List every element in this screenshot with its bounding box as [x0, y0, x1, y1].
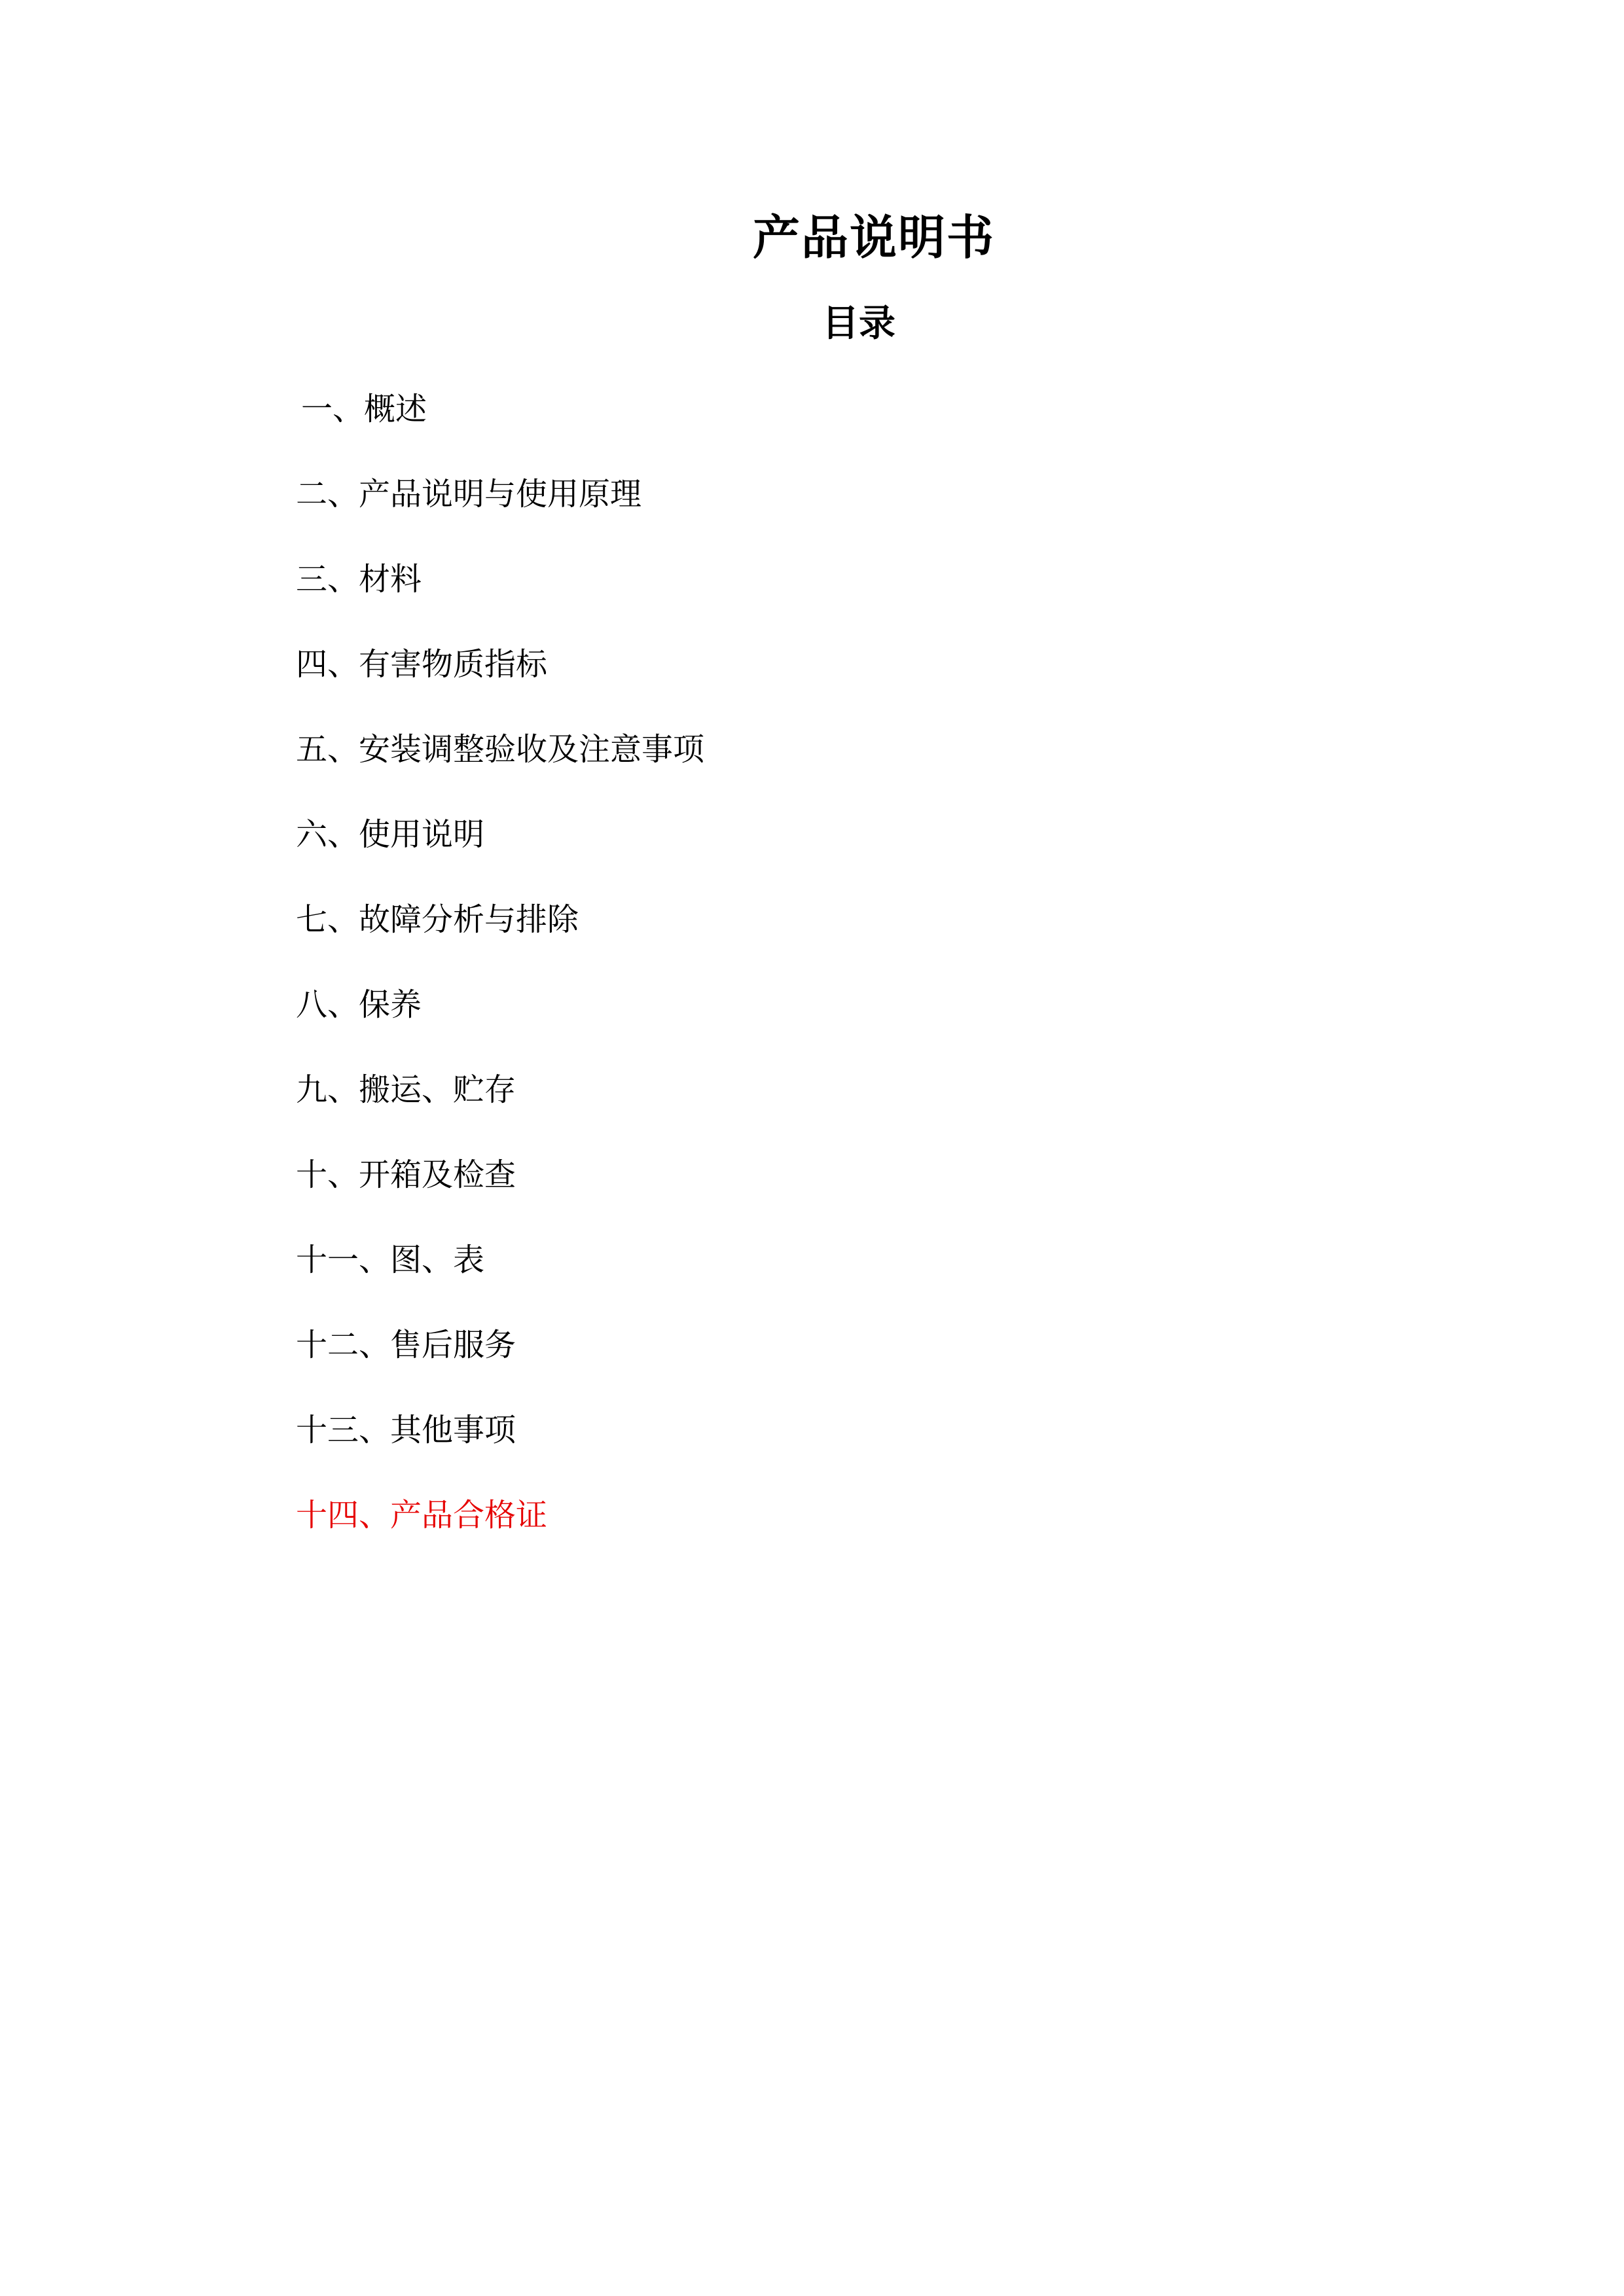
- toc-item-materials[interactable]: 三、材料: [296, 556, 704, 641]
- toc-item-installation-acceptance[interactable]: 五、安装调整验收及注意事项: [296, 726, 704, 812]
- toc-item-other-matters[interactable]: 十三、其他事项: [296, 1407, 704, 1492]
- toc-item-product-description-principle[interactable]: 二、产品说明与使用原理: [296, 471, 704, 556]
- toc-item-hazardous-substances[interactable]: 四、有害物质指标: [296, 641, 704, 726]
- toc-heading: 目录: [822, 301, 895, 347]
- toc-item-troubleshooting[interactable]: 七、故障分析与排除: [296, 897, 704, 982]
- toc-item-figures-tables[interactable]: 十一、图、表: [296, 1237, 704, 1322]
- toc-item-usage-instructions[interactable]: 六、使用说明: [296, 812, 704, 897]
- toc-item-product-certificate[interactable]: 十四、产品合格证: [296, 1492, 704, 1577]
- toc-item-maintenance[interactable]: 八、保养: [296, 982, 704, 1067]
- toc-item-handling-storage[interactable]: 九、搬运、贮存: [296, 1067, 704, 1152]
- table-of-contents: 一、概述 二、产品说明与使用原理 三、材料 四、有害物质指标 五、安装调整验收及…: [296, 386, 704, 1577]
- document-title: 产品说明书: [753, 208, 1001, 267]
- toc-item-unboxing-inspection[interactable]: 十、开箱及检查: [296, 1152, 704, 1237]
- document-page: 产品说明书 目录 一、概述 二、产品说明与使用原理 三、材料 四、有害物质指标 …: [0, 0, 1624, 2296]
- toc-item-after-sales-service[interactable]: 十二、售后服务: [296, 1322, 704, 1407]
- toc-item-overview[interactable]: 一、概述: [296, 386, 704, 471]
